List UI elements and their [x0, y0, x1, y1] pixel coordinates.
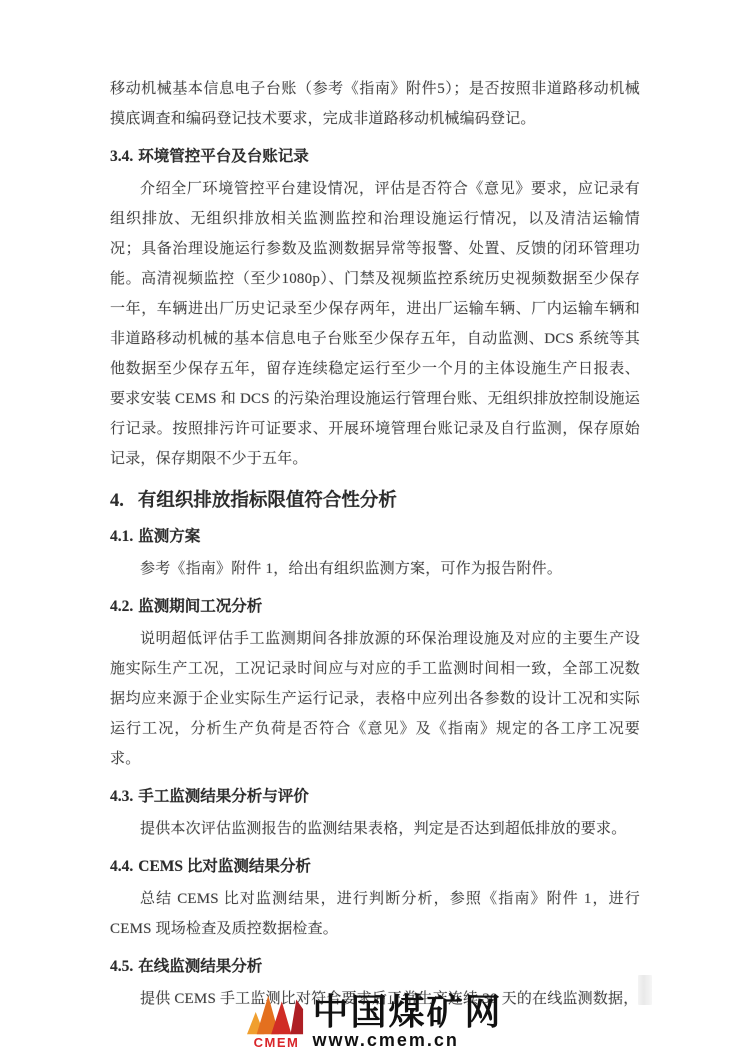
heading-number: 4.3.: [110, 788, 133, 805]
paragraph-4-4: 总结 CEMS 比对监测结果，进行判断分析，参照《指南》附件 1，进行 CEMS…: [110, 884, 640, 944]
heading-text: 环境管控平台及台账记录: [138, 148, 309, 165]
cmem-logo-mark: CMEM: [247, 991, 305, 1050]
site-url: www.cmem.cn: [312, 1030, 458, 1050]
paragraph-4-2: 说明超低评估手工监测期间各排放源的环保治理设施及对应的主要生产设施实际生产工况，…: [110, 624, 640, 774]
document-page: 移动机械基本信息电子台账（参考《指南》附件5）；是否按照非道路移动机械摸底调查和…: [0, 0, 750, 1060]
cmem-acronym: CMEM: [254, 1036, 300, 1050]
heading-number: 4.1.: [110, 528, 133, 545]
mountain-icon: [247, 991, 305, 1035]
heading-3-4: 3.4.环境管控平台及台账记录: [110, 146, 640, 168]
cmem-logo: CMEM 中国煤矿网 www.cmem.cn: [247, 991, 502, 1050]
heading-number: 3.4.: [110, 148, 133, 165]
heading-4-2: 4.2.监测期间工况分析: [110, 596, 640, 618]
heading-number: 4.2.: [110, 598, 133, 615]
heading-number: 4.4.: [110, 858, 133, 875]
heading-text: CEMS 比对监测结果分析: [138, 858, 311, 875]
heading-4-5: 4.5.在线监测结果分析: [110, 956, 640, 978]
paragraph-4-1: 参考《指南》附件 1，给出有组织监测方案，可作为报告附件。: [110, 554, 640, 584]
heading-text: 在线监测结果分析: [138, 958, 262, 975]
paragraph-4-3: 提供本次评估监测报告的监测结果表格，判定是否达到超低排放的要求。: [110, 814, 640, 844]
paragraph-3-4: 介绍全厂环境管控平台建设情况，评估是否符合《意见》要求，应记录有组织排放、无组织…: [110, 174, 640, 474]
heading-text: 监测期间工况分析: [138, 598, 262, 615]
heading-4-3: 4.3.手工监测结果分析与评价: [110, 786, 640, 808]
heading-4-1: 4.1.监测方案: [110, 526, 640, 548]
heading-number: 4.: [110, 491, 124, 511]
heading-text: 有组织排放指标限值符合性分析: [138, 491, 397, 511]
scan-artifact: [638, 975, 652, 1005]
document-body: 移动机械基本信息电子台账（参考《指南》附件5）；是否按照非道路移动机械摸底调查和…: [0, 0, 750, 1014]
heading-4: 4.有组织排放指标限值符合性分析: [110, 488, 640, 514]
heading-text: 手工监测结果分析与评价: [138, 788, 309, 805]
site-name: 中国煤矿网: [312, 994, 502, 1030]
heading-number: 4.5.: [110, 958, 133, 975]
paragraph-continuation: 移动机械基本信息电子台账（参考《指南》附件5）；是否按照非道路移动机械摸底调查和…: [110, 74, 640, 134]
cmem-logo-text: 中国煤矿网 www.cmem.cn: [312, 994, 502, 1050]
heading-text: 监测方案: [138, 528, 200, 545]
heading-4-4: 4.4.CEMS 比对监测结果分析: [110, 856, 640, 878]
